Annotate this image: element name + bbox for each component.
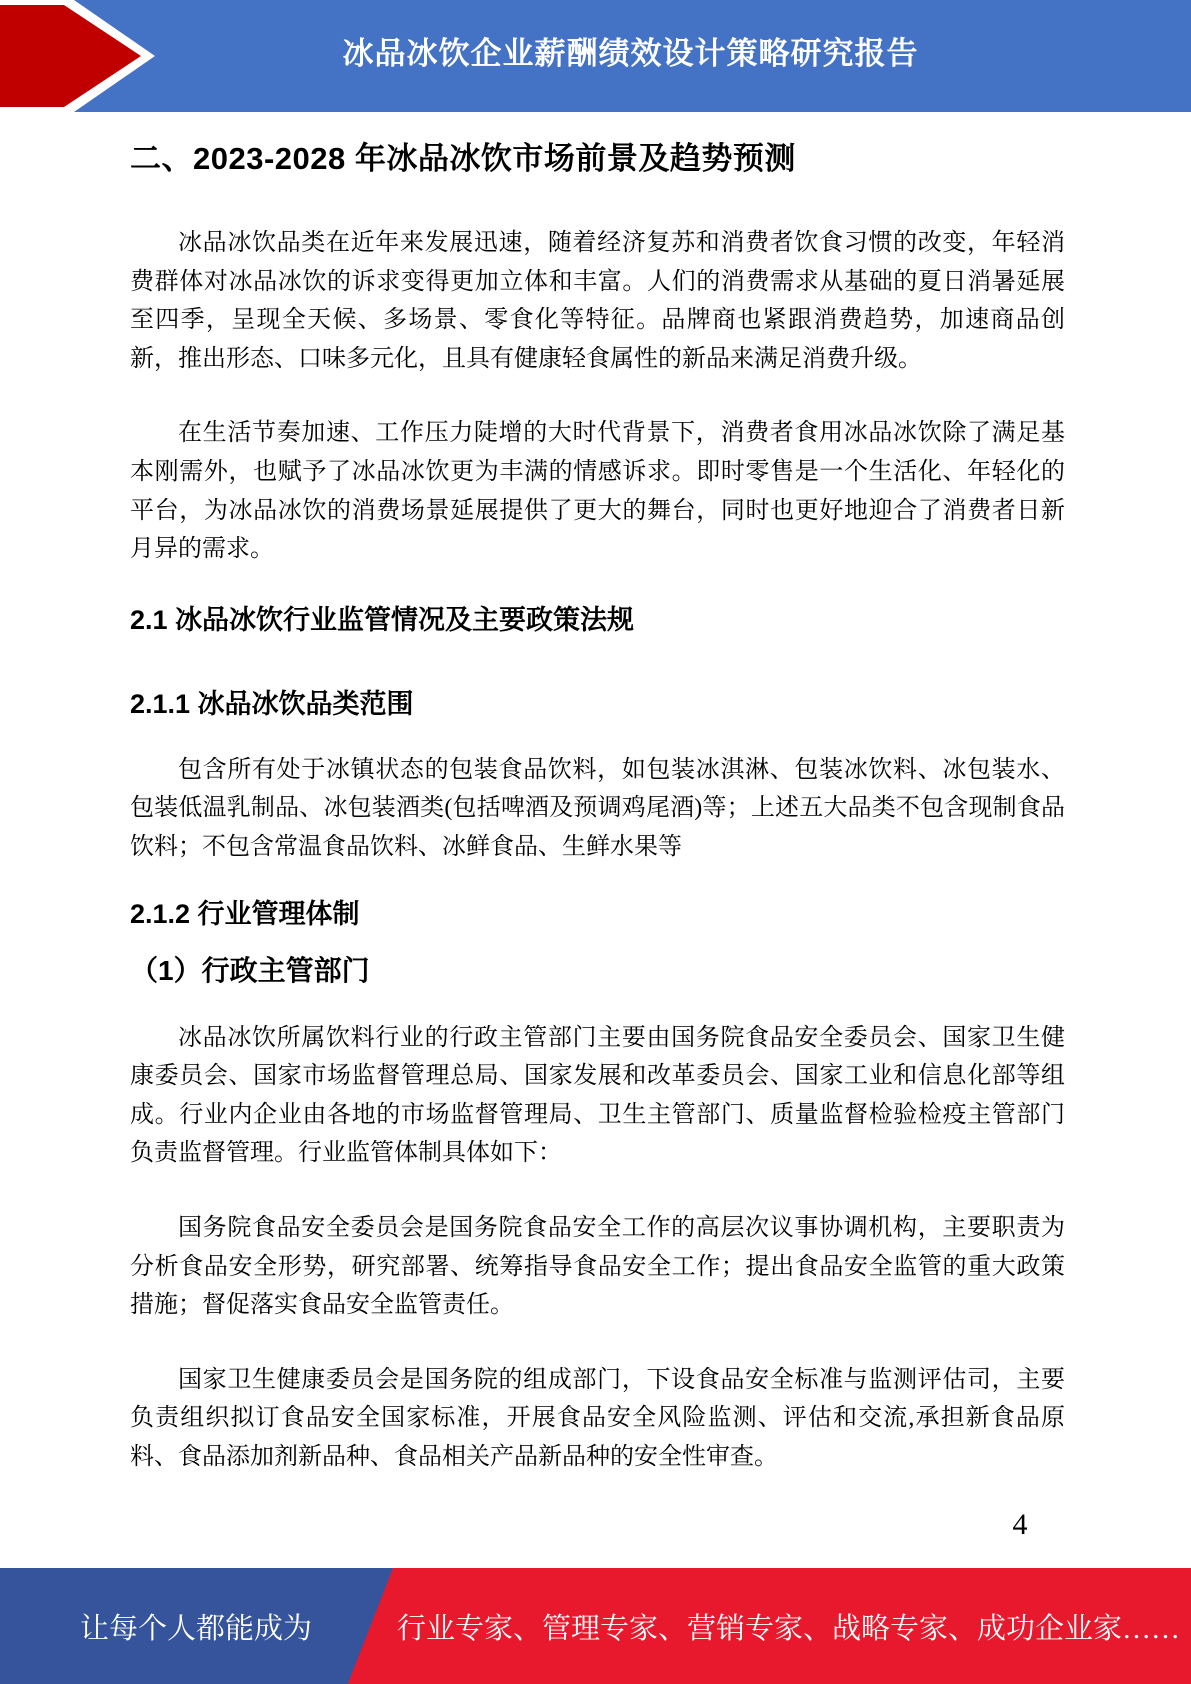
intro-paragraph-1: 冰品冰饮品类在近年来发展迅速，随着经济复苏和消费者饮食习惯的改变，年轻消费群体对… <box>130 224 1065 378</box>
footer-slogan-right: 行业专家、管理专家、营销专家、战略专家、成功企业家…… <box>397 1568 1180 1684</box>
admin-dept-paragraph-1: 冰品冰饮所属饮料行业的行政主管部门主要由国务院食品安全委员会、国家卫生健康委员会… <box>130 1019 1065 1173</box>
scope-paragraph: 包含所有处于冰镇状态的包装食品饮料，如包装冰淇淋、包装冰饮料、冰包装水、包装低温… <box>130 751 1065 867</box>
page-footer: 让每个人都能成为 行业专家、管理专家、营销专家、战略专家、成功企业家…… <box>0 1568 1191 1684</box>
subsection-heading-admin-dept: （1）行政主管部门 <box>130 951 1065 991</box>
page-header-banner: 冰品冰饮企业薪酬绩效设计策略研究报告 <box>0 0 1191 112</box>
document-body: 二、2023-2028 年冰品冰饮市场前景及趋势预测 冰品冰饮品类在近年来发展迅… <box>130 112 1065 1476</box>
admin-dept-paragraph-2: 国务院食品安全委员会是国务院食品安全工作的高层次议事协调机构，主要职责为分析食品… <box>130 1209 1065 1325</box>
red-arrow-icon <box>0 0 170 112</box>
report-page: 冰品冰饮企业薪酬绩效设计策略研究报告 二、2023-2028 年冰品冰饮市场前景… <box>0 0 1191 1684</box>
section-heading-2-1-2: 2.1.2 行业管理体制 <box>130 895 1065 933</box>
intro-paragraph-2: 在生活节奏加速、工作压力陡增的大时代背景下，消费者食用冰品冰饮除了满足基本刚需外… <box>130 414 1065 568</box>
page-number: 4 <box>960 1505 1080 1545</box>
admin-dept-paragraph-3: 国家卫生健康委员会是国务院的组成部门，下设食品安全标准与监测评估司，主要负责组织… <box>130 1361 1065 1477</box>
chapter-heading: 二、2023-2028 年冰品冰饮市场前景及趋势预测 <box>130 138 1065 180</box>
footer-slogan-left: 让每个人都能成为 <box>0 1568 312 1684</box>
report-title: 冰品冰饮企业薪酬绩效设计策略研究报告 <box>170 0 1091 100</box>
section-heading-2-1: 2.1 冰品冰饮行业监管情况及主要政策法规 <box>130 601 1065 639</box>
section-heading-2-1-1: 2.1.1 冰品冰饮品类范围 <box>130 685 1065 723</box>
